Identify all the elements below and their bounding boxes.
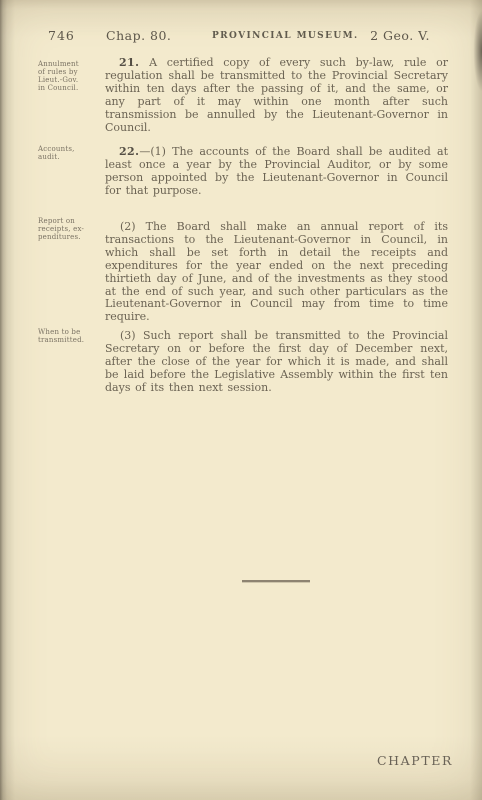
section-paragraph: (2) The Board shall make an annual repor…: [105, 221, 448, 324]
section-text: (3) Such report shall be transmitted to …: [105, 329, 448, 394]
scanned-book-page: 746 Chap. 80. PROVINCIAL MUSEUM. 2 Geo. …: [0, 0, 482, 800]
running-title: PROVINCIAL MUSEUM.: [212, 31, 358, 41]
scan-smudge-top-right: [469, 6, 482, 106]
margin-note: When to be transmitted.: [38, 328, 102, 344]
catchword: CHAPTER: [377, 753, 453, 768]
section-number: 21.: [119, 56, 139, 69]
chapter-label: Chap. 80.: [106, 28, 171, 43]
page-edge-shadow-left: [0, 0, 15, 800]
section-text: (2) The Board shall make an annual repor…: [105, 220, 448, 323]
section-text: —(1) The accounts of the Board shall be …: [105, 145, 448, 197]
margin-note: Report on receipts, ex- penditures.: [38, 217, 102, 241]
section-paragraph: 22.—(1) The accounts of the Board shall …: [105, 146, 448, 198]
margin-note: Annulment of rules by Lieut.-Gov. in Cou…: [38, 60, 102, 92]
regnal-year: 2 Geo. V.: [370, 28, 430, 43]
section-text: A certified copy of every such by-law, r…: [105, 56, 448, 134]
page-edge-shadow-right: [470, 0, 482, 800]
section-paragraph: 21. A certified copy of every such by-la…: [105, 57, 448, 134]
page-header: 746 Chap. 80. PROVINCIAL MUSEUM. 2 Geo. …: [0, 28, 482, 44]
page-number: 746: [48, 28, 75, 43]
section-paragraph: (3) Such report shall be transmitted to …: [105, 330, 448, 395]
margin-note: Accounts, audit.: [38, 145, 102, 161]
section-number: 22.: [119, 145, 139, 158]
section-divider-rule: [242, 580, 310, 582]
